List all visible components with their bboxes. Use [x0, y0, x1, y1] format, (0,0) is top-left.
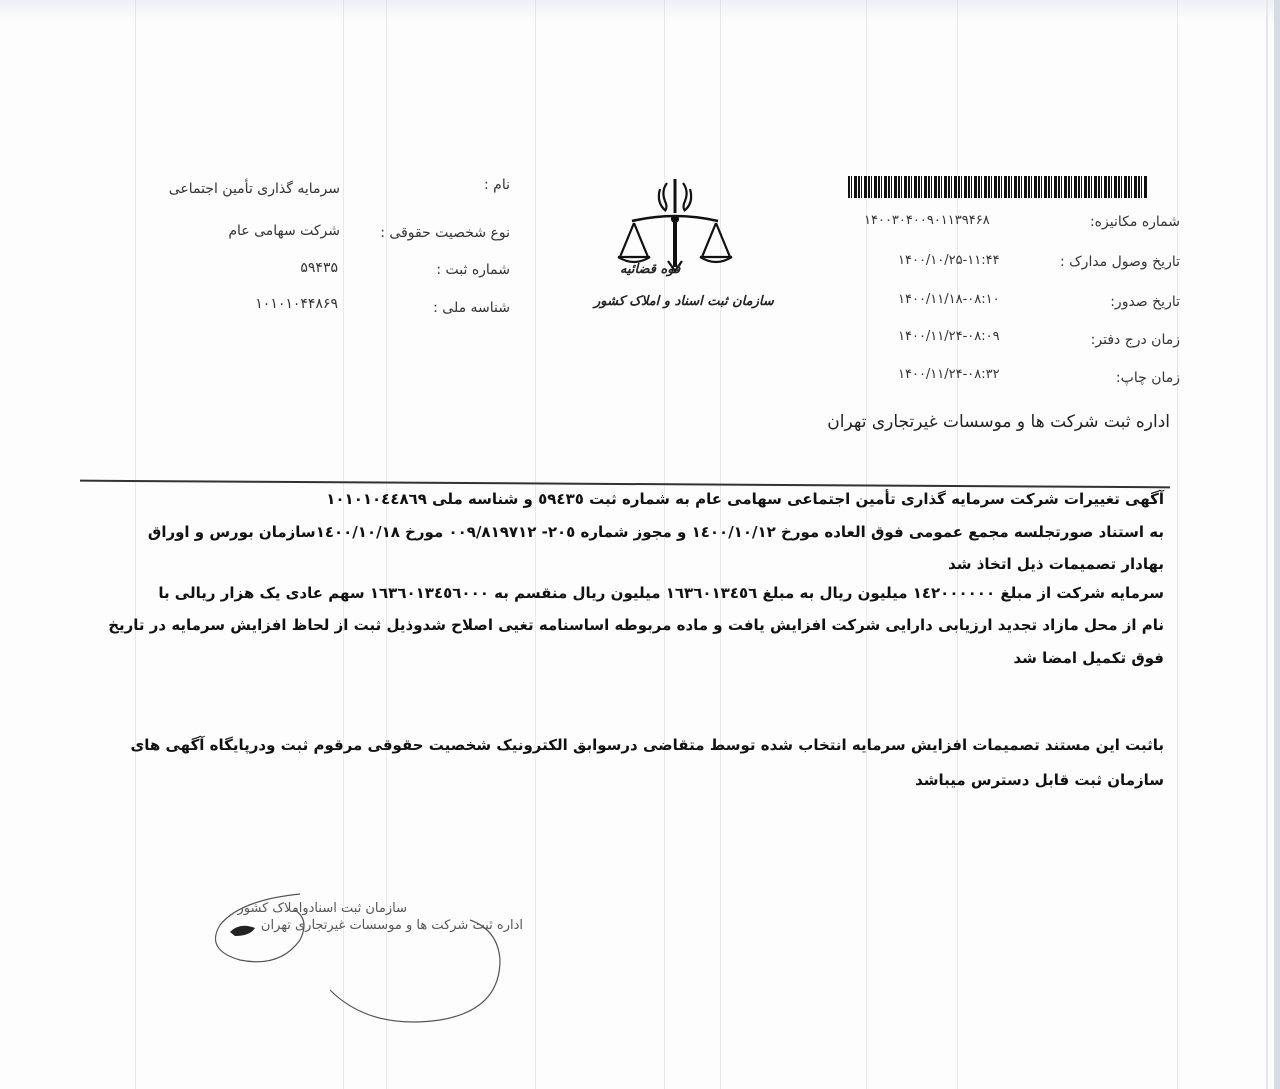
meta-label-registry-entry: زمان درج دفتر: [1091, 332, 1180, 348]
name-label: نام : [484, 177, 510, 193]
entity-type-value: شرکت سهامی عام [228, 223, 340, 239]
scan-line [957, 0, 958, 1089]
scan-line [535, 0, 536, 1089]
logo-line-1: قوه قضائیه [620, 262, 680, 277]
divider [80, 480, 1170, 489]
meta-label-mechanized-number: شماره مکانیزه: [1090, 214, 1180, 230]
scan-line [720, 0, 721, 1089]
scan-artifact-edge [1266, 0, 1268, 1089]
meta-label-print-time: زمان چاپ: [1116, 370, 1180, 386]
scan-artifact-edge [1274, 0, 1280, 1089]
stamp-line-1: سازمان ثبت اسنادواملاک کشور [237, 901, 407, 916]
body-line: به استناد صورتجلسه مجمع عمومی فوق العاده… [148, 523, 1164, 541]
body-line: فوق تکمیل امضا شد [1014, 649, 1164, 667]
meta-label-issue-date: تاریخ صدور: [1110, 294, 1180, 310]
body-line: نام از محل مازاد تجدید ارزیابی دارایی شر… [108, 616, 1164, 634]
logo-line-2: سازمان ثبت اسناد و املاک کشور [594, 294, 774, 309]
body-line: بهادار تصمیمات ذیل اتخاذ شد [948, 555, 1164, 573]
scan-artifact-top [0, 0, 1280, 22]
name-value: سرمایه گذاری تأمین اجتماعی [169, 181, 340, 197]
meta-value-issue-date: ۱۴۰۰/۱۱/۱۸-۰۸:۱۰ [898, 292, 1000, 307]
footer-line: سازمان ثبت قابل دسترس میباشد [915, 771, 1164, 789]
barcode-icon [848, 176, 1148, 198]
scan-line [1177, 0, 1178, 1089]
scan-line [664, 0, 665, 1089]
body-line: آگهی تغییرات شرکت سرمایه گذاری تأمین اجت… [326, 490, 1164, 508]
meta-value-print-time: ۱۴۰۰/۱۱/۲۴-۰۸:۳۲ [898, 367, 1000, 382]
meta-value-registry-entry: ۱۴۰۰/۱۱/۲۴-۰۸:۰۹ [898, 329, 1000, 344]
office-title: اداره ثبت شرکت ها و موسسات غیرتجاری تهرا… [827, 412, 1170, 432]
scan-line [866, 0, 867, 1089]
body-line: سرمایه شرکت از مبلغ ١٤٢٠٠٠٠٠٠ میلیون ریا… [158, 584, 1164, 602]
registration-number-value: ۵۹۴۳۵ [300, 260, 338, 276]
meta-value-documents-received: ۱۴۰۰/۱۰/۲۵-۱۱:۴۴ [898, 253, 1000, 268]
meta-label-documents-received: تاریخ وصول مدارک : [1060, 254, 1180, 270]
meta-value-mechanized-number: ۱۴۰۰۳۰۴۰۰۹۰۱۱۳۹۴۶۸ [864, 213, 990, 228]
scan-line [135, 0, 136, 1089]
national-id-value: ۱۰۱۰۱۰۴۴۸۶۹ [255, 296, 338, 312]
footer-line: باثبت این مستند تصمیمات افزایش سرمایه ان… [130, 736, 1164, 754]
entity-type-label: نوع شخصیت حقوقی : [380, 225, 510, 241]
national-id-label: شناسه ملی : [433, 300, 510, 316]
stamp-line-2: اداره ثبت شرکت ها و موسسات غیرتجاری تهرا… [261, 918, 523, 933]
registration-number-label: شماره ثبت : [436, 262, 510, 278]
